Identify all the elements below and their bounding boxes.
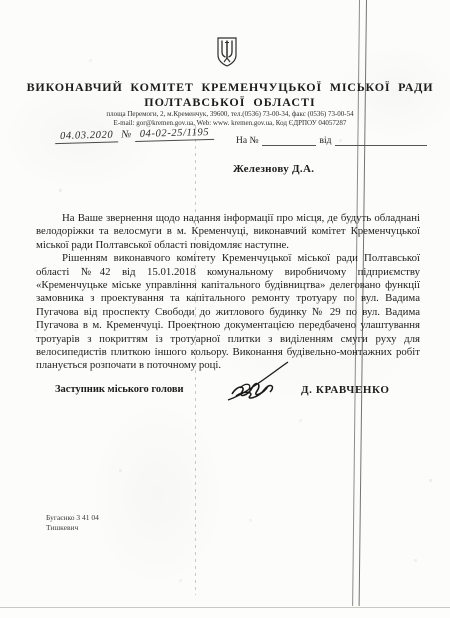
- incoming-date-blank: [335, 136, 427, 146]
- ukraine-trident-emblem: [216, 37, 238, 67]
- handwritten-signature: [222, 358, 302, 404]
- body-paragraph-1: На Ваше звернення щодо надання інформаці…: [36, 212, 420, 252]
- incoming-reference: На №від: [236, 136, 427, 146]
- scan-bottom-strip: [0, 608, 450, 618]
- signer-position: Заступник міського голови: [55, 384, 184, 395]
- scan-noise-specks: [0, 0, 1, 1]
- executor-line-1: Бугаєнко 3 41 04: [46, 513, 99, 523]
- letter-body: На Ваше звернення щодо надання інформаці…: [36, 212, 420, 373]
- number-sign: №: [118, 129, 135, 140]
- organization-name: ВИКОНАВЧИЙ КОМІТЕТ КРЕМЕНЧУЦЬКОЇ МІСЬКОЇ…: [25, 80, 435, 95]
- organization-address: площа Перемоги, 2, м.Кременчук, 39600, т…: [25, 110, 435, 118]
- scanned-letter-page: ВИКОНАВЧИЙ КОМІТЕТ КРЕМЕНЧУЦЬКОЇ МІСЬКОЇ…: [0, 0, 450, 618]
- incoming-number-label: На №: [236, 136, 259, 146]
- incoming-date-label: від: [320, 136, 332, 146]
- organization-region: ПОЛТАВСЬКОЇ ОБЛАСТІ: [25, 95, 435, 110]
- executor-line-2: Тишкевич: [46, 523, 99, 533]
- organization-contacts: E-mail: gor@kremen.gov.ua, Web: www. kre…: [25, 119, 435, 127]
- executor-note: Бугаєнко 3 41 04 Тишкевич: [46, 513, 99, 533]
- addressee-name: Железнову Д.А.: [233, 163, 314, 175]
- signer-name: Д. КРАВЧЕНКО: [301, 384, 390, 396]
- outgoing-number-handwritten: 04-02-25/1195: [135, 127, 215, 142]
- incoming-number-blank: [262, 136, 316, 146]
- outgoing-reference: 04.03.2020№04-02-25/1195: [55, 127, 214, 142]
- outgoing-date-handwritten: 04.03.2020: [55, 129, 119, 144]
- body-paragraph-2: Рішенням виконавчого комітету Кременчуць…: [36, 252, 420, 373]
